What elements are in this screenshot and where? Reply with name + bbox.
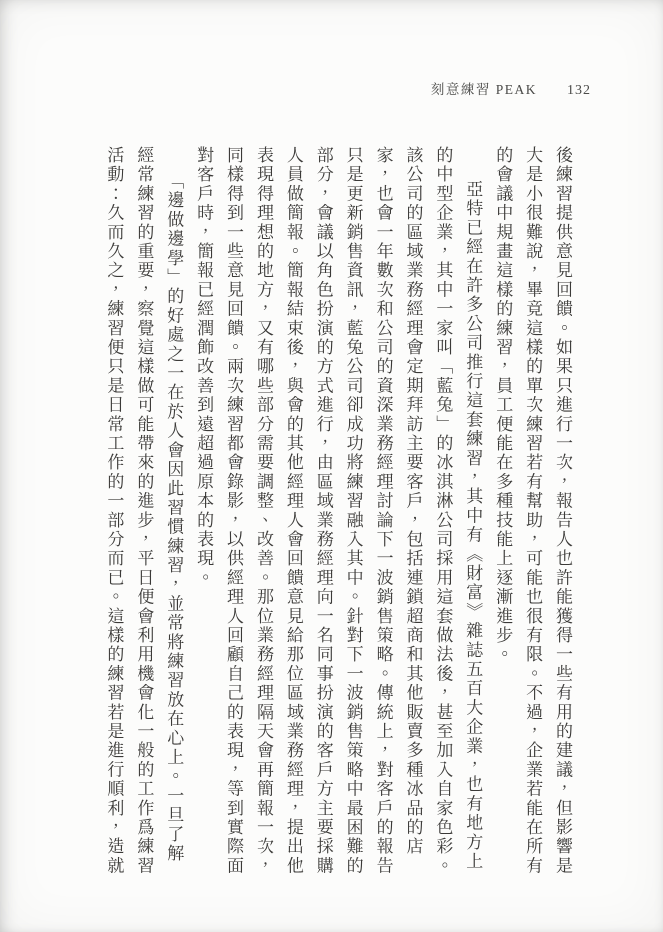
page-number: 132 xyxy=(567,83,591,99)
book-page: 刻意練習 PEAK 132 後練習提供意見回饋。如果只進行一次，報告人也許能獲得… xyxy=(0,0,663,932)
body-text: 後練習提供意見回饋。如果只進行一次，報告人也許能獲得一些有用的建議，但影響是大是… xyxy=(99,146,578,880)
running-head: 刻意練習 PEAK 132 xyxy=(431,78,591,99)
paragraph-learning-by-doing: 「邊做邊學」的好處之一在於人會因此習慣練習，並常將練習放在心上。一旦了解經常練習… xyxy=(99,146,189,880)
paragraph-continuation: 後練習提供意見回饋。如果只進行一次，報告人也許能獲得一些有用的建議，但影響是大是… xyxy=(487,146,577,880)
book-title: 刻意練習 PEAK xyxy=(431,78,537,98)
paragraph-art-turock-companies: 亞特已經在許多公司推行這套練習，其中有《財富》雜誌五百大企業，也有地方上的中型企… xyxy=(188,146,487,880)
